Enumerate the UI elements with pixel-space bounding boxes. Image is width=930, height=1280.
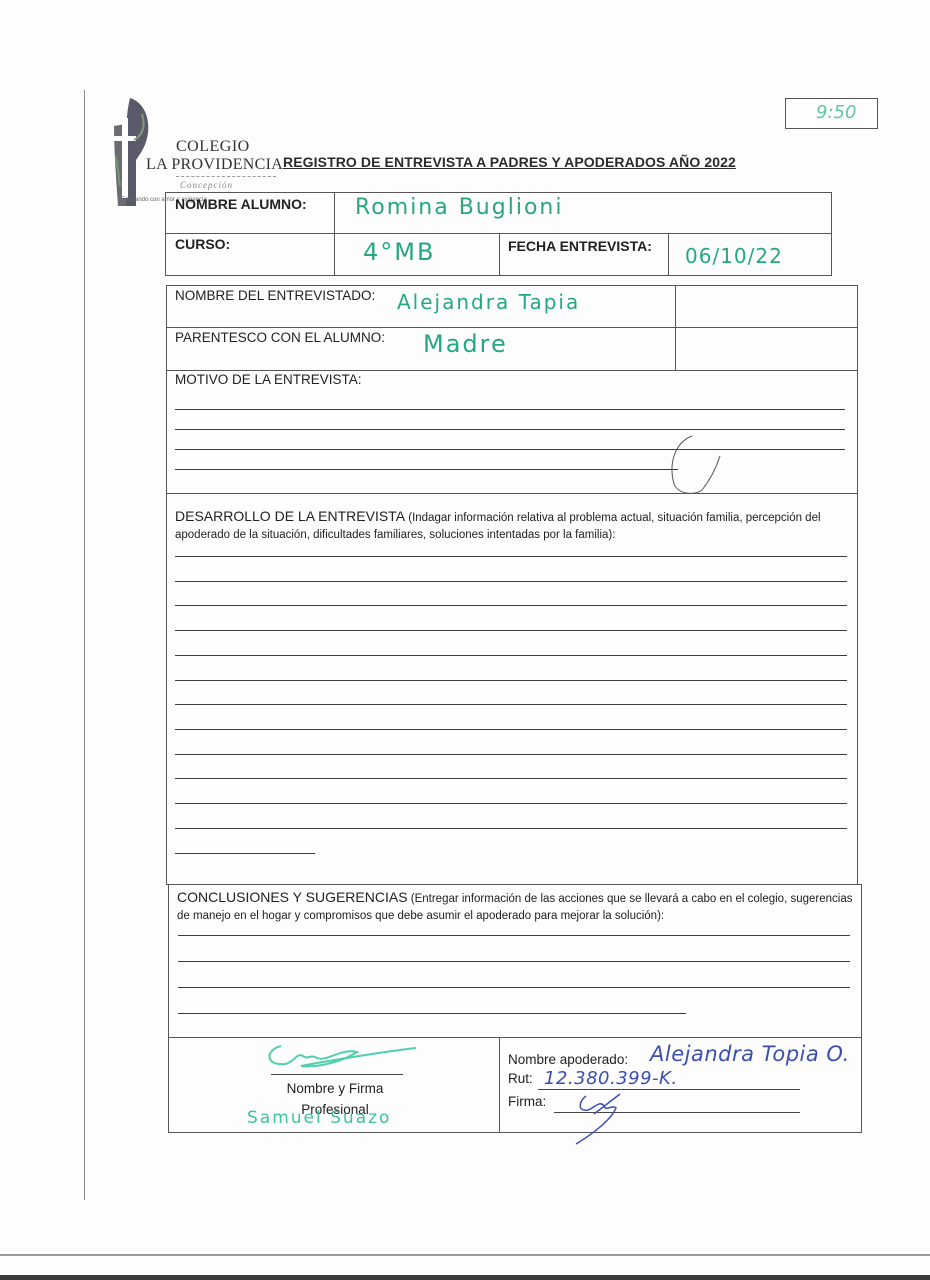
conclusions-line — [178, 987, 850, 988]
course-label: CURSO: — [175, 236, 230, 252]
development-line — [175, 754, 847, 755]
motive-line — [175, 449, 845, 450]
relation-value: Madre — [423, 330, 508, 358]
professional-name: Samuel Suazo — [247, 1108, 391, 1128]
date-label-cell: FECHA ENTREVISTA: — [499, 233, 669, 276]
development-line — [175, 828, 847, 829]
time-value: 9:50 — [816, 102, 856, 123]
school-name: COLEGIO LA PROVIDENCIA — [146, 138, 283, 174]
development-section[interactable]: DESARROLLO DE LA ENTREVISTA (Indagar inf… — [166, 493, 858, 885]
conclusions-title: CONCLUSIONES Y SUGERENCIAS — [177, 889, 408, 905]
school-divider — [176, 176, 276, 177]
document-title: REGISTRO DE ENTREVISTA A PADRES Y APODER… — [283, 154, 736, 170]
rut-label: Rut: — [508, 1071, 533, 1086]
development-line — [175, 680, 847, 681]
student-name-value: Romina Buglioni — [355, 195, 563, 220]
course-value: 4°MB — [363, 238, 435, 266]
development-line — [175, 581, 847, 582]
professional-label-1: Nombre y Firma — [169, 1081, 501, 1096]
page-bottom-edge — [0, 1254, 930, 1256]
rut-value: 12.380.399-K. — [544, 1068, 678, 1089]
signature-label: Firma: — [508, 1094, 546, 1109]
scanned-form-page: COLEGIO LA PROVIDENCIA Concepción Forman… — [0, 0, 930, 1280]
motive-section[interactable]: MOTIVO DE LA ENTREVISTA: — [166, 370, 858, 494]
development-line — [175, 605, 847, 606]
conclusions-line — [178, 961, 850, 962]
conclusions-line — [178, 935, 850, 936]
development-line — [175, 729, 847, 730]
date-field[interactable]: 06/10/22 — [668, 233, 832, 276]
motive-line — [175, 469, 678, 470]
conclusions-header: CONCLUSIONES Y SUGERENCIAS (Entregar inf… — [177, 889, 861, 925]
development-line — [175, 630, 847, 631]
school-city: Concepción — [180, 180, 233, 190]
date-label: FECHA ENTREVISTA: — [508, 238, 652, 254]
interviewee-name-field[interactable]: NOMBRE DEL ENTREVISTADO: Alejandra Tapia — [166, 285, 676, 328]
development-line — [175, 655, 847, 656]
course-label-cell: CURSO: — [165, 233, 335, 276]
development-line — [175, 803, 847, 804]
page-margin-line — [84, 90, 85, 1200]
professional-signature-icon — [261, 1038, 421, 1072]
development-header: DESARROLLO DE LA ENTREVISTA (Indagar inf… — [175, 508, 855, 544]
guardian-signature-icon — [564, 1088, 634, 1146]
conclusions-line — [178, 1013, 686, 1014]
scanner-border — [0, 1275, 930, 1280]
student-name-field[interactable]: Romina Buglioni — [334, 192, 832, 234]
motive-label: MOTIVO DE LA ENTREVISTA: — [175, 372, 362, 387]
motive-line — [175, 409, 845, 410]
development-line — [175, 556, 847, 557]
relation-extra-cell — [675, 327, 858, 371]
development-line — [175, 704, 847, 705]
interviewee-name-value: Alejandra Tapia — [397, 290, 580, 314]
relation-field[interactable]: PARENTESCO CON EL ALUMNO: Madre — [166, 327, 676, 371]
course-field[interactable]: 4°MB — [334, 233, 500, 276]
relation-label: PARENTESCO CON EL ALUMNO: — [175, 330, 385, 345]
guardian-signature-box[interactable]: Nombre apoderado: Alejandra Topia O. Rut… — [499, 1037, 862, 1133]
development-title: DESARROLLO DE LA ENTREVISTA — [175, 508, 405, 524]
professional-signature-line — [271, 1074, 403, 1075]
pen-mark-icon — [662, 432, 732, 498]
guardian-name-value: Alejandra Topia O. — [650, 1042, 850, 1066]
time-box: 9:50 — [785, 98, 878, 129]
development-line — [175, 778, 847, 779]
interviewee-extra-cell — [675, 285, 858, 328]
student-name-label: NOMBRE ALUMNO: — [175, 196, 307, 212]
development-line — [175, 853, 315, 854]
professional-signature-box[interactable]: Nombre y Firma Profesional Samuel Suazo — [168, 1037, 500, 1133]
interviewee-name-label: NOMBRE DEL ENTREVISTADO: — [175, 288, 375, 303]
guardian-name-label: Nombre apoderado: — [508, 1052, 628, 1067]
motive-line — [175, 429, 845, 430]
student-name-label-cell: NOMBRE ALUMNO: — [165, 192, 335, 234]
date-value: 06/10/22 — [685, 244, 783, 268]
